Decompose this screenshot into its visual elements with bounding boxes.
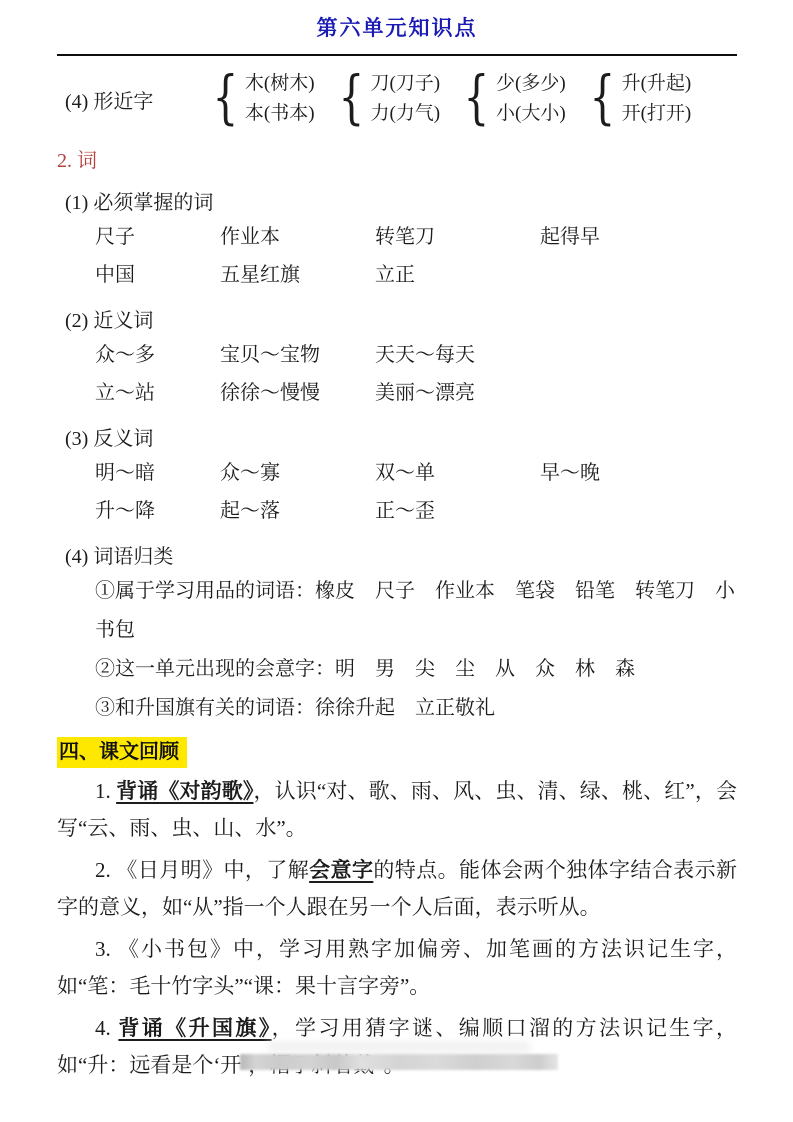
subsection-label-antonyms: (3) 反义词 xyxy=(65,424,737,454)
word-category-item: ①属于学习用品的词语：橡皮 尺子 作业本 笔袋 铅笔 转笔刀 小书包 xyxy=(95,572,737,650)
word-item: 中国 xyxy=(95,256,220,294)
similar-characters-pair: 升(升起)开(打开) xyxy=(622,69,692,129)
page-title: 第六单元知识点 xyxy=(57,12,737,44)
similar-characters-group: {刀(刀子)力(力气) xyxy=(333,69,441,129)
word-row: 升～降起～落正～歪 xyxy=(95,492,737,530)
word-item: 众～多 xyxy=(95,336,220,374)
similar-characters-group: {木(树木)本(书本) xyxy=(207,69,315,129)
word-row: 立～站徐徐～慢慢美丽～漂亮 xyxy=(95,374,737,412)
word-item: 天天～每天 xyxy=(375,336,540,374)
word-item: 宝贝～宝物 xyxy=(220,336,375,374)
paragraph-text: 4. xyxy=(95,1016,118,1040)
similar-characters-group: {少(多少)小(大小) xyxy=(458,69,566,129)
similar-characters-label: (4) 形近字 xyxy=(57,85,207,114)
word-item: 立～站 xyxy=(95,374,220,412)
brace-icon: { xyxy=(589,68,615,126)
similar-characters-groups: {木(树木)本(书本){刀(刀子)力(力气){少(多少)小(大小){升(升起)开… xyxy=(207,69,737,129)
word-item: 早～晚 xyxy=(540,454,600,492)
word-row: 众～多宝贝～宝物天天～每天 xyxy=(95,336,737,374)
word-item: 五星红旗 xyxy=(220,256,375,294)
word-row: 明～暗众～寡双～单早～晚 xyxy=(95,454,737,492)
word-rows-synonyms: 众～多宝贝～宝物天天～每天立～站徐徐～慢慢美丽～漂亮 xyxy=(57,336,737,412)
word-item: 起～落 xyxy=(220,492,375,530)
emphasized-phrase: 背诵《升国旗》 xyxy=(118,1016,271,1040)
word-rows-antonyms: 明～暗众～寡双～单早～晚升～降起～落正～歪 xyxy=(57,454,737,530)
word-item: 双～单 xyxy=(375,454,540,492)
emphasized-phrase: 会意字 xyxy=(309,858,373,882)
watermark-blur-bar xyxy=(240,1054,558,1070)
word-item: 起得早 xyxy=(540,218,600,256)
brace-icon: { xyxy=(464,68,490,126)
pair-bottom: 力(力气) xyxy=(370,99,440,129)
word-category-item: ②这一单元出现的会意字：明 男 尖 尘 从 众 林 森 xyxy=(95,650,737,689)
brace-icon: { xyxy=(213,68,239,126)
review-paragraph: 3. 《小书包》中，学习用熟字加偏旁、加笔画的方法识记生字，如“笔：毛十竹字头”… xyxy=(57,931,737,1005)
watermark-halo xyxy=(268,1042,530,1052)
similar-characters-pair: 刀(刀子)力(力气) xyxy=(370,69,440,129)
word-item: 正～歪 xyxy=(375,492,540,530)
paragraph-text: 3. 《小书包》中，学习用熟字加偏旁、加笔画的方法识记生字，如“笔：毛十竹字头”… xyxy=(57,937,737,998)
word-item: 明～暗 xyxy=(95,454,220,492)
subsection-label-synonyms: (2) 近义词 xyxy=(65,306,737,336)
similar-characters-pair: 木(树木)本(书本) xyxy=(245,69,315,129)
word-item: 美丽～漂亮 xyxy=(375,374,540,412)
word-category-item: ③和升国旗有关的词语：徐徐升起 立正敬礼 xyxy=(95,689,737,728)
subsection-label-mastery: (1) 必须掌握的词 xyxy=(65,188,737,218)
paragraph-text: 2. 《日月明》中，了解 xyxy=(95,858,309,882)
pair-top: 少(多少) xyxy=(496,69,566,99)
similar-characters-section: (4) 形近字 {木(树木)本(书本){刀(刀子)力(力气){少(多少)小(大小… xyxy=(57,66,737,132)
word-row: 中国五星红旗立正 xyxy=(95,256,737,294)
title-divider xyxy=(57,54,737,56)
document-page: 第六单元知识点 (4) 形近字 {木(树木)本(书本){刀(刀子)力(力气){少… xyxy=(0,0,793,1122)
similar-characters-pair: 少(多少)小(大小) xyxy=(496,69,566,129)
pair-bottom: 小(大小) xyxy=(496,99,566,129)
paragraph-text: 1. xyxy=(95,779,116,803)
emphasized-phrase: 背诵《对韵歌》 xyxy=(116,779,253,803)
pair-bottom: 开(打开) xyxy=(622,99,692,129)
brace-icon: { xyxy=(338,68,364,126)
pair-top: 升(升起) xyxy=(622,69,692,99)
review-section: 四、课文回顾 xyxy=(57,737,737,768)
word-category-items: ①属于学习用品的词语：橡皮 尺子 作业本 笔袋 铅笔 转笔刀 小书包②这一单元出… xyxy=(57,572,737,728)
subsection-label-categories: (4) 词语归类 xyxy=(65,542,737,572)
similar-characters-group: {升(升起)开(打开) xyxy=(584,69,692,129)
word-item: 徐徐～慢慢 xyxy=(220,374,375,412)
word-item: 升～降 xyxy=(95,492,220,530)
word-item: 尺子 xyxy=(95,218,220,256)
review-heading-highlight: 四、课文回顾 xyxy=(57,737,187,768)
word-section-heading: 2. 词 xyxy=(57,146,737,176)
word-item: 众～寡 xyxy=(220,454,375,492)
word-item: 转笔刀 xyxy=(375,218,540,256)
pair-bottom: 本(书本) xyxy=(245,99,315,129)
review-paragraph: 2. 《日月明》中，了解会意字的特点。能体会两个独体字结合表示新字的意义，如“从… xyxy=(57,852,737,926)
word-item: 作业本 xyxy=(220,218,375,256)
pair-top: 刀(刀子) xyxy=(370,69,440,99)
pair-top: 木(树木) xyxy=(245,69,315,99)
word-row: 尺子作业本转笔刀起得早 xyxy=(95,218,737,256)
word-rows-mastery: 尺子作业本转笔刀起得早中国五星红旗立正 xyxy=(57,218,737,294)
review-paragraphs: 1. 背诵《对韵歌》，认识“对、歌、雨、风、虫、清、绿、桃、红”，会写“云、雨、… xyxy=(57,773,737,1084)
review-paragraph: 1. 背诵《对韵歌》，认识“对、歌、雨、风、虫、清、绿、桃、红”，会写“云、雨、… xyxy=(57,773,737,847)
word-item: 立正 xyxy=(375,256,540,294)
